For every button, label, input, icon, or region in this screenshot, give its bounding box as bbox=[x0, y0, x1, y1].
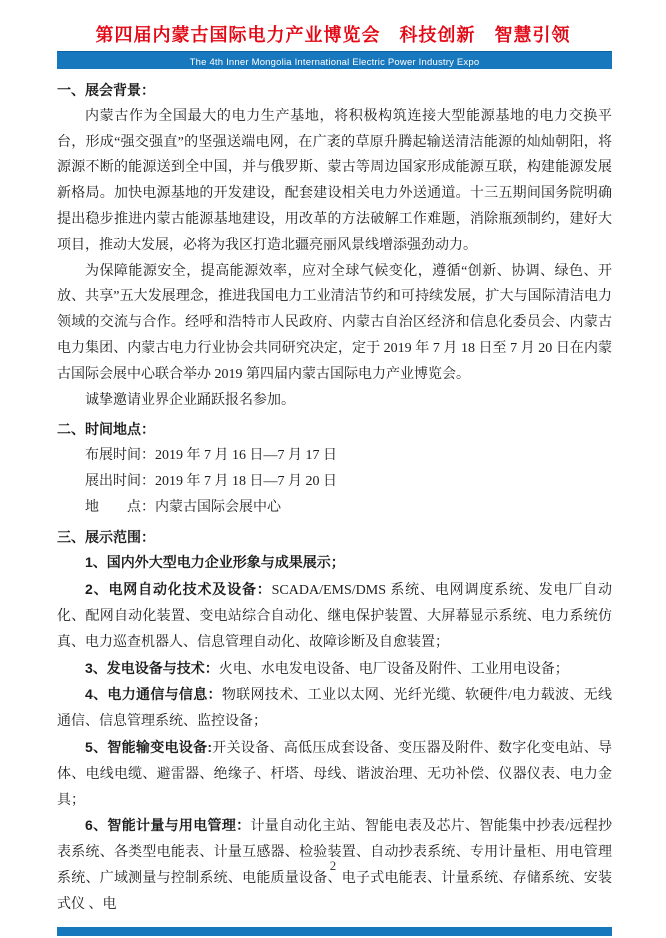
background-paragraph: 内蒙古作为全国最大的电力生产基地，将积极构筑连接大型能源基地的电力交换平台，形成… bbox=[57, 104, 612, 259]
schedule-value: 2019 年 7 月 18 日—7 月 20 日 bbox=[155, 474, 337, 489]
scope-item-1: 1、国内外大型电力企业形象与成果展示； bbox=[57, 550, 612, 577]
expo-title-en: The 4th Inner Mongolia International Ele… bbox=[190, 57, 480, 68]
document-body: 一、展会背景： 内蒙古作为全国最大的电力生产基地，将积极构筑连接大型能源基地的电… bbox=[0, 69, 666, 918]
scope-item-label: 1、国内外大型电力企业形象与成果展示； bbox=[85, 554, 345, 570]
expo-title-cn: 第四届内蒙古国际电力产业博览会 科技创新 智慧引领 bbox=[0, 22, 666, 48]
background-paragraph: 为保障能源安全，提高能源效率，应对全球气候变化，遵循“创新、协调、绿色、开放、共… bbox=[57, 259, 612, 388]
scope-item-label: 3、发电设备与技术： bbox=[85, 660, 219, 676]
section-heading-scope: 三、展示范围： bbox=[57, 525, 612, 551]
schedule-row-venue: 地 点：内蒙古国际会展中心 bbox=[57, 495, 612, 521]
scope-item-2: 2、电网自动化技术及设备：SCADA/EMS/DMS 系统、电网调度系统、发电厂… bbox=[57, 577, 612, 655]
scope-item-text: 火电、水电发电设备、电厂设备及附件、工业用电设备； bbox=[219, 662, 569, 677]
schedule-value: 2019 年 7 月 16 日—7 月 17 日 bbox=[155, 448, 337, 463]
schedule-value: 内蒙古国际会展中心 bbox=[155, 500, 281, 515]
scope-item-5: 5、智能输变电设备:开关设备、高低压成套设备、变压器及附件、数字化变电站、导体、… bbox=[57, 735, 612, 813]
document-page: 第四届内蒙古国际电力产业博览会 科技创新 智慧引领 The 4th Inner … bbox=[0, 0, 666, 938]
scope-item-label: 5、智能输变电设备: bbox=[85, 739, 212, 755]
schedule-label: 展出时间： bbox=[85, 474, 155, 489]
schedule-row-setup: 布展时间：2019 年 7 月 16 日—7 月 17 日 bbox=[57, 443, 612, 469]
scope-item-label: 6、智能计量与用电管理： bbox=[85, 817, 250, 833]
scope-item-4: 4、电力通信与信息：物联网技术、工业以太网、光纤光缆、软硬件/电力载波、无线通信… bbox=[57, 682, 612, 735]
page-number: 2 bbox=[0, 858, 666, 874]
scope-item-label: 2、电网自动化技术及设备： bbox=[85, 581, 272, 597]
section-heading-background: 一、展会背景： bbox=[57, 78, 612, 104]
schedule-label: 地 点： bbox=[85, 500, 155, 515]
scope-item-label: 4、电力通信与信息： bbox=[85, 686, 222, 702]
section-heading-schedule: 二、时间地点： bbox=[57, 417, 612, 443]
invitation-line: 诚挚邀请业界企业踊跃报名参加。 bbox=[57, 388, 612, 414]
header-banner-bar: The 4th Inner Mongolia International Ele… bbox=[57, 51, 612, 69]
scope-item-3: 3、发电设备与技术：火电、水电发电设备、电厂设备及附件、工业用电设备； bbox=[57, 656, 612, 683]
document-header: 第四届内蒙古国际电力产业博览会 科技创新 智慧引领 The 4th Inner … bbox=[0, 0, 666, 69]
schedule-row-exhibit: 展出时间：2019 年 7 月 18 日—7 月 20 日 bbox=[57, 469, 612, 495]
footer-banner-bar bbox=[57, 927, 612, 936]
schedule-label: 布展时间： bbox=[85, 448, 155, 463]
